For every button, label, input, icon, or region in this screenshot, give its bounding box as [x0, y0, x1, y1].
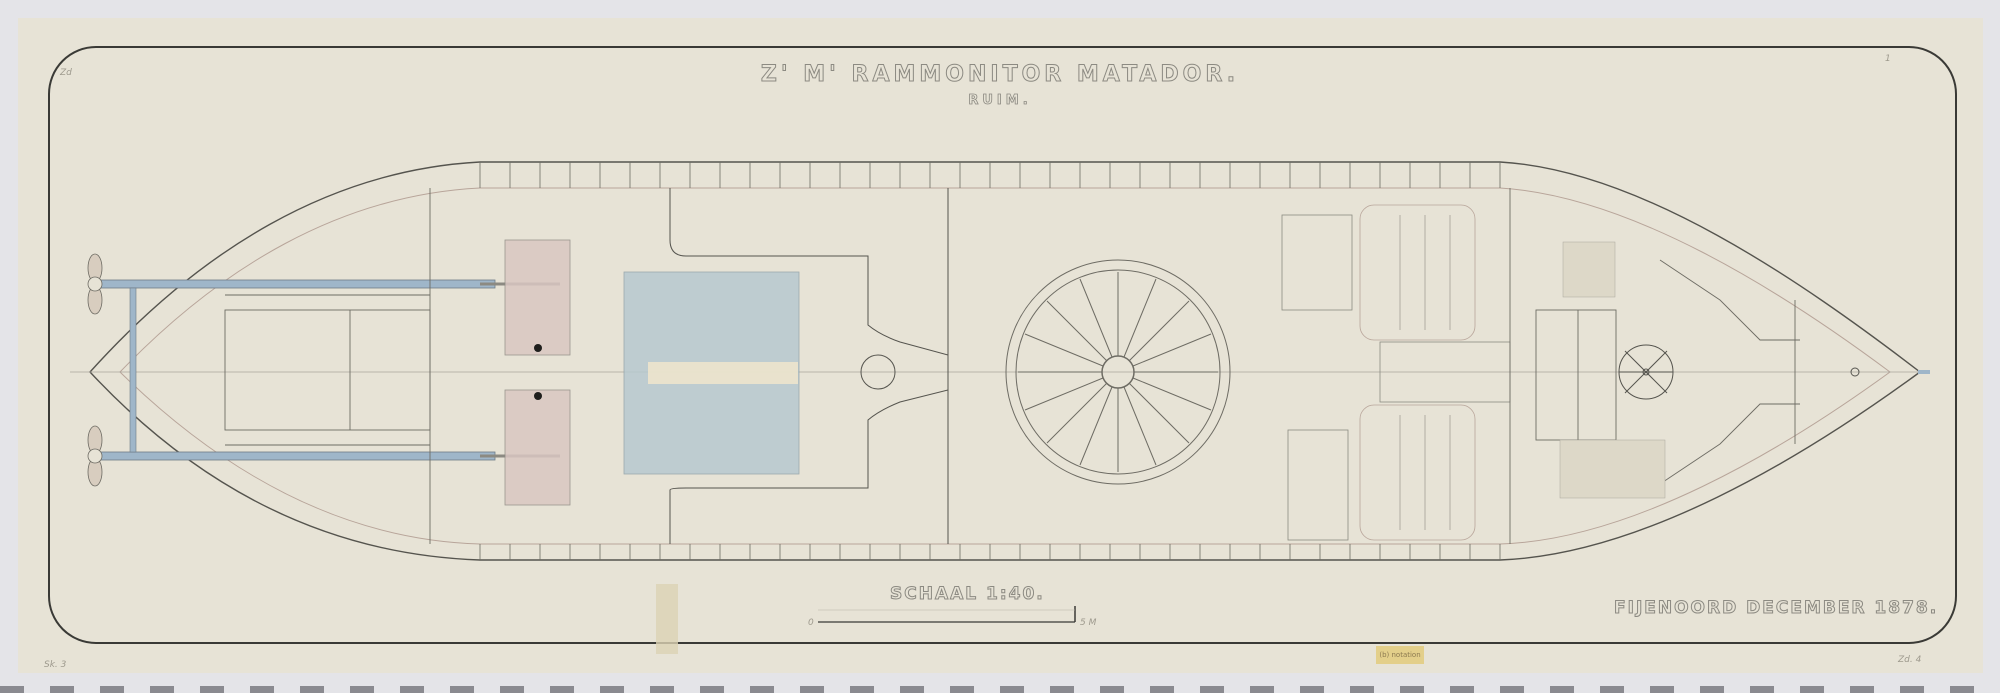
propeller-icon-top — [88, 254, 102, 314]
propeller-icon-bottom — [88, 426, 102, 486]
drawing-title: Z' M' RAMMONITOR MATADOR. — [0, 62, 2000, 87]
frames-top — [480, 162, 1500, 188]
scan-edge-strip — [0, 686, 2000, 693]
scale-left-label: 0 — [808, 618, 814, 628]
archive-mark-bottom-left: Sk. 3 — [44, 660, 66, 670]
engine-crank-top — [534, 344, 542, 352]
corner-mark-top-left: Zd — [60, 68, 72, 78]
magazines — [1282, 205, 1510, 540]
engine-block — [505, 240, 570, 505]
shell-racks — [1400, 215, 1450, 530]
ram-tip — [1918, 370, 1930, 374]
frames-bottom — [480, 544, 1500, 560]
propeller-shafts — [95, 280, 560, 460]
corner-mark-top-right: 1 — [1885, 54, 1891, 64]
boiler-passage — [648, 362, 798, 384]
scale-right-label: 5 M — [1080, 618, 1096, 628]
deck-grating-top — [1560, 242, 1665, 498]
hull-outline — [90, 162, 1920, 560]
archive-mark-bottom-right: Zd. 4 — [1898, 655, 1921, 665]
drawing-subtitle: RUIM. — [0, 93, 2000, 108]
yellow-label: (b) notation — [1376, 646, 1424, 664]
scale-label: SCHAAL 1:40. — [890, 584, 1045, 604]
scale-bar — [818, 606, 1075, 622]
engine-crank-bottom — [534, 392, 542, 400]
title-block: Z' M' RAMMONITOR MATADOR. RUIM. — [0, 62, 2000, 108]
aft-compartments — [225, 188, 430, 544]
place-date: FIJENOORD DECEMBER 1878. — [1614, 598, 1938, 618]
capstan-wheel — [1619, 345, 1673, 399]
